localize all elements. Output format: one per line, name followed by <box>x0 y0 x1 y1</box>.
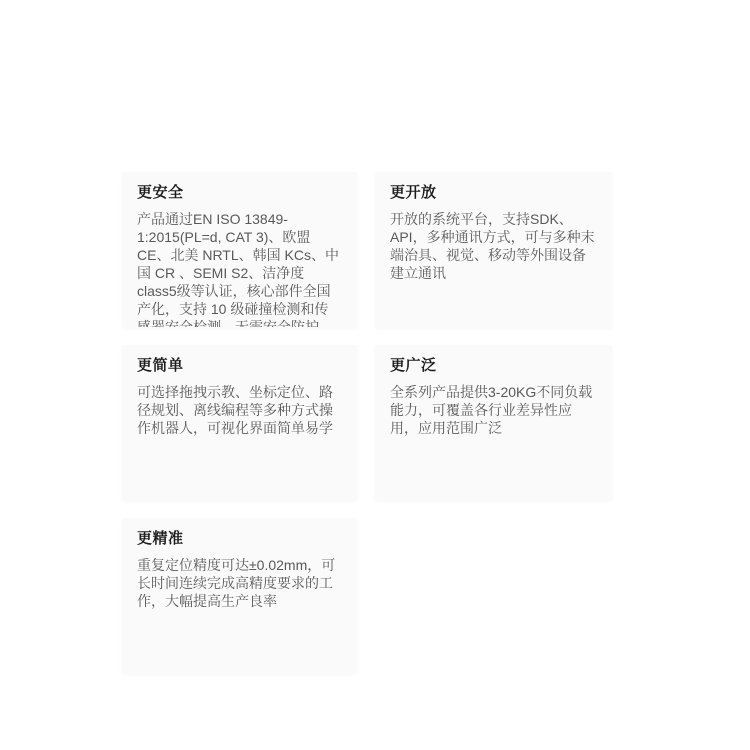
feature-card-title: 更开放 <box>390 183 596 202</box>
feature-card-body: 产品通过EN ISO 13849-1:2015(PL=d, CAT 3)、欧盟 … <box>137 210 341 327</box>
feature-card-precision: 更精准 重复定位精度可达±0.02mm，可长时间连续完成高精度要求的工作，大幅提… <box>122 518 357 673</box>
feature-card-body: 重复定位精度可达±0.02mm，可长时间连续完成高精度要求的工作，大幅提高生产良… <box>137 556 341 610</box>
feature-card-title: 更精准 <box>137 529 341 548</box>
feature-card-simplicity: 更简单 可选择拖拽示教、坐标定位、路径规划、离线编程等多种方式操作机器人，可视化… <box>122 345 357 500</box>
feature-card-body: 开放的系统平台，支持SDK、API，多种通讯方式，可与多种末端治具、视觉、移动等… <box>390 210 596 282</box>
feature-card-safety: 更安全 产品通过EN ISO 13849-1:2015(PL=d, CAT 3)… <box>122 172 357 327</box>
feature-card-body: 可选择拖拽示教、坐标定位、路径规划、离线编程等多种方式操作机器人，可视化界面简单… <box>137 383 341 437</box>
feature-card-versatility: 更广泛 全系列产品提供3-20KG不同负载能力，可覆盖各行业差异性应用，应用范围… <box>375 345 612 500</box>
feature-grid: 更安全 产品通过EN ISO 13849-1:2015(PL=d, CAT 3)… <box>122 172 612 673</box>
feature-card-body: 全系列产品提供3-20KG不同负载能力，可覆盖各行业差异性应用，应用范围广泛 <box>390 383 596 437</box>
feature-card-title: 更简单 <box>137 356 341 375</box>
feature-card-title: 更安全 <box>137 183 341 202</box>
feature-card-openness: 更开放 开放的系统平台，支持SDK、API，多种通讯方式，可与多种末端治具、视觉… <box>375 172 612 327</box>
feature-card-title: 更广泛 <box>390 356 596 375</box>
